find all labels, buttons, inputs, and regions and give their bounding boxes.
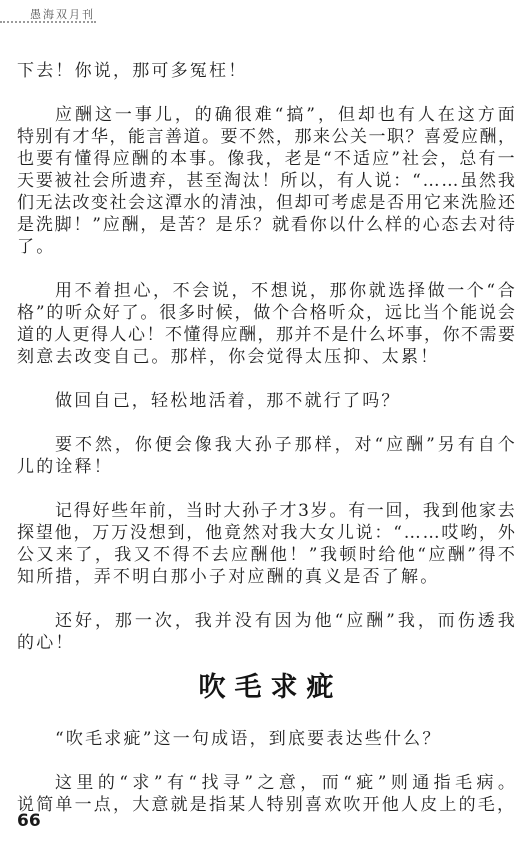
text-line: 知所措，弄不明白那小子对应酬的真义是否了解。	[17, 566, 515, 588]
page-body: 下去！你说，那可多冤枉！应酬这一事儿，的确很难“搞”，但却也有人在这方面特别有才…	[17, 60, 515, 816]
text-line: 天要被社会所遗弃，甚至淘汰！所以，有人说：“……虽然我	[17, 170, 515, 192]
paragraph: 应酬这一事儿，的确很难“搞”，但却也有人在这方面特别有才华，能言善道。要不然，那…	[17, 104, 515, 258]
text-line: 刻意去改变自己。那样，你会觉得太压抑、太累！	[17, 346, 515, 368]
running-head-journal-title: 愚海双月刊	[30, 6, 95, 22]
text-line: 的心！	[17, 632, 515, 654]
magazine-page: 愚海双月刊 下去！你说，那可多冤枉！应酬这一事儿，的确很难“搞”，但却也有人在这…	[0, 0, 532, 847]
text-line: 是洗脚！”应酬，是苦？是乐？就看你以什么样的心态去对待	[17, 214, 515, 236]
text-line: 下去！你说，那可多冤枉！	[17, 60, 515, 82]
text-line: 记得好些年前，当时大孙子才3岁。有一回，我到他家去	[17, 500, 515, 522]
paragraph: 下去！你说，那可多冤枉！	[17, 60, 515, 82]
section-title: 吹毛求疵	[17, 670, 515, 706]
text-line: 公又来了，我又不得不去应酬他！”我顿时给他“应酬”得不	[17, 544, 515, 566]
text-line: 道的人更得人心！不懂得应酬，那并不是什么坏事，你不需要	[17, 324, 515, 346]
text-line: 们无法改变社会这潭水的清浊，但却可考虑是否用它来洗脸还	[17, 192, 515, 214]
text-line: 格”的听众好了。很多时候，做个合格听众，远比当个能说会	[17, 302, 515, 324]
page-number: 66	[17, 811, 41, 831]
paragraph: 要不然，你便会像我大孙子那样，对“应酬”另有自个儿的诠释！	[17, 434, 515, 478]
text-line: 做回自己，轻松地活着，那不就行了吗？	[17, 390, 515, 412]
text-line: 用不着担心，不会说，不想说，那你就选择做一个“合	[17, 280, 515, 302]
text-line: 还好，那一次，我并没有因为他“应酬”我，而伤透我	[17, 610, 515, 632]
text-line: 这里的“求”有“找寻”之意，而“疵”则通指毛病。	[17, 772, 515, 794]
text-line: “吹毛求疵”这一句成语，到底要表达些什么？	[17, 728, 515, 750]
text-line: 特别有才华，能言善道。要不然，那来公关一职？喜爱应酬，	[17, 126, 515, 148]
text-line: 也要有懂得应酬的本事。像我，老是“不适应”社会，总有一	[17, 148, 515, 170]
text-line: 应酬这一事儿，的确很难“搞”，但却也有人在这方面	[17, 104, 515, 126]
paragraph: “吹毛求疵”这一句成语，到底要表达些什么？	[17, 728, 515, 750]
text-line: 儿的诠释！	[17, 456, 515, 478]
paragraph: 做回自己，轻松地活着，那不就行了吗？	[17, 390, 515, 412]
text-line: 了。	[17, 236, 515, 258]
text-line: 探望他，万万没想到，他竟然对我大女儿说：“……哎哟，外	[17, 522, 515, 544]
dotted-divider	[0, 21, 96, 23]
paragraph: 这里的“求”有“找寻”之意，而“疵”则通指毛病。说简单一点，大意就是指某人特别喜…	[17, 772, 515, 816]
text-line: 要不然，你便会像我大孙子那样，对“应酬”另有自个	[17, 434, 515, 456]
paragraph: 记得好些年前，当时大孙子才3岁。有一回，我到他家去探望他，万万没想到，他竟然对我…	[17, 500, 515, 588]
text-line: 说简单一点，大意就是指某人特别喜欢吹开他人皮上的毛，去	[17, 794, 515, 816]
paragraph: 用不着担心，不会说，不想说，那你就选择做一个“合格”的听众好了。很多时候，做个合…	[17, 280, 515, 368]
paragraph: 还好，那一次，我并没有因为他“应酬”我，而伤透我的心！	[17, 610, 515, 654]
